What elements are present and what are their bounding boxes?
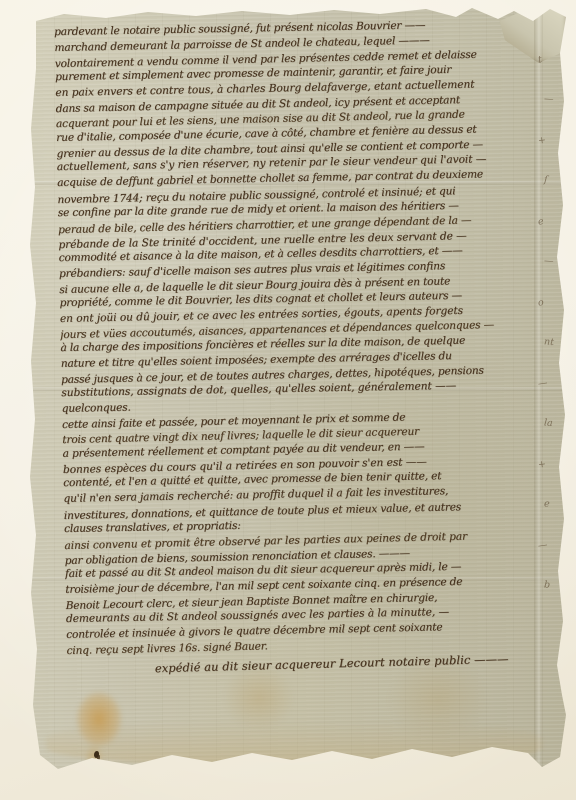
document-scan: + pardevant le notaire public soussigné,… (0, 0, 576, 800)
margin-mark: b (542, 579, 569, 621)
margin-mark: t (537, 52, 566, 95)
manuscript-text-block: pardevant le notaire public soussigné, f… (54, 16, 569, 678)
margin-mark: + (537, 133, 566, 176)
scan-background: { "colors": { "scan_background": "#f3eee… (0, 0, 576, 800)
margin-mark: — (542, 93, 569, 135)
margin-mark: ſ (542, 174, 569, 216)
bottom-edge-browning (46, 721, 542, 765)
margin-mark: la (542, 417, 569, 459)
margin-mark: + (537, 457, 566, 500)
margin-mark: nt (542, 336, 569, 378)
margin-mark: e (542, 498, 569, 540)
margin-mark: — (537, 538, 566, 581)
manuscript-lines: pardevant le notaire public soussigné, f… (54, 16, 569, 658)
top-pen-mark: + (204, 6, 212, 16)
margin-mark: e (537, 214, 566, 257)
margin-mark: o (537, 295, 566, 338)
right-margin-marks: t—+ſe—ont—la+e—b (540, 53, 564, 620)
margin-mark: — (542, 255, 569, 297)
manuscript-paper: + pardevant le notaire public soussigné,… (28, 5, 566, 791)
margin-mark: — (537, 376, 566, 419)
